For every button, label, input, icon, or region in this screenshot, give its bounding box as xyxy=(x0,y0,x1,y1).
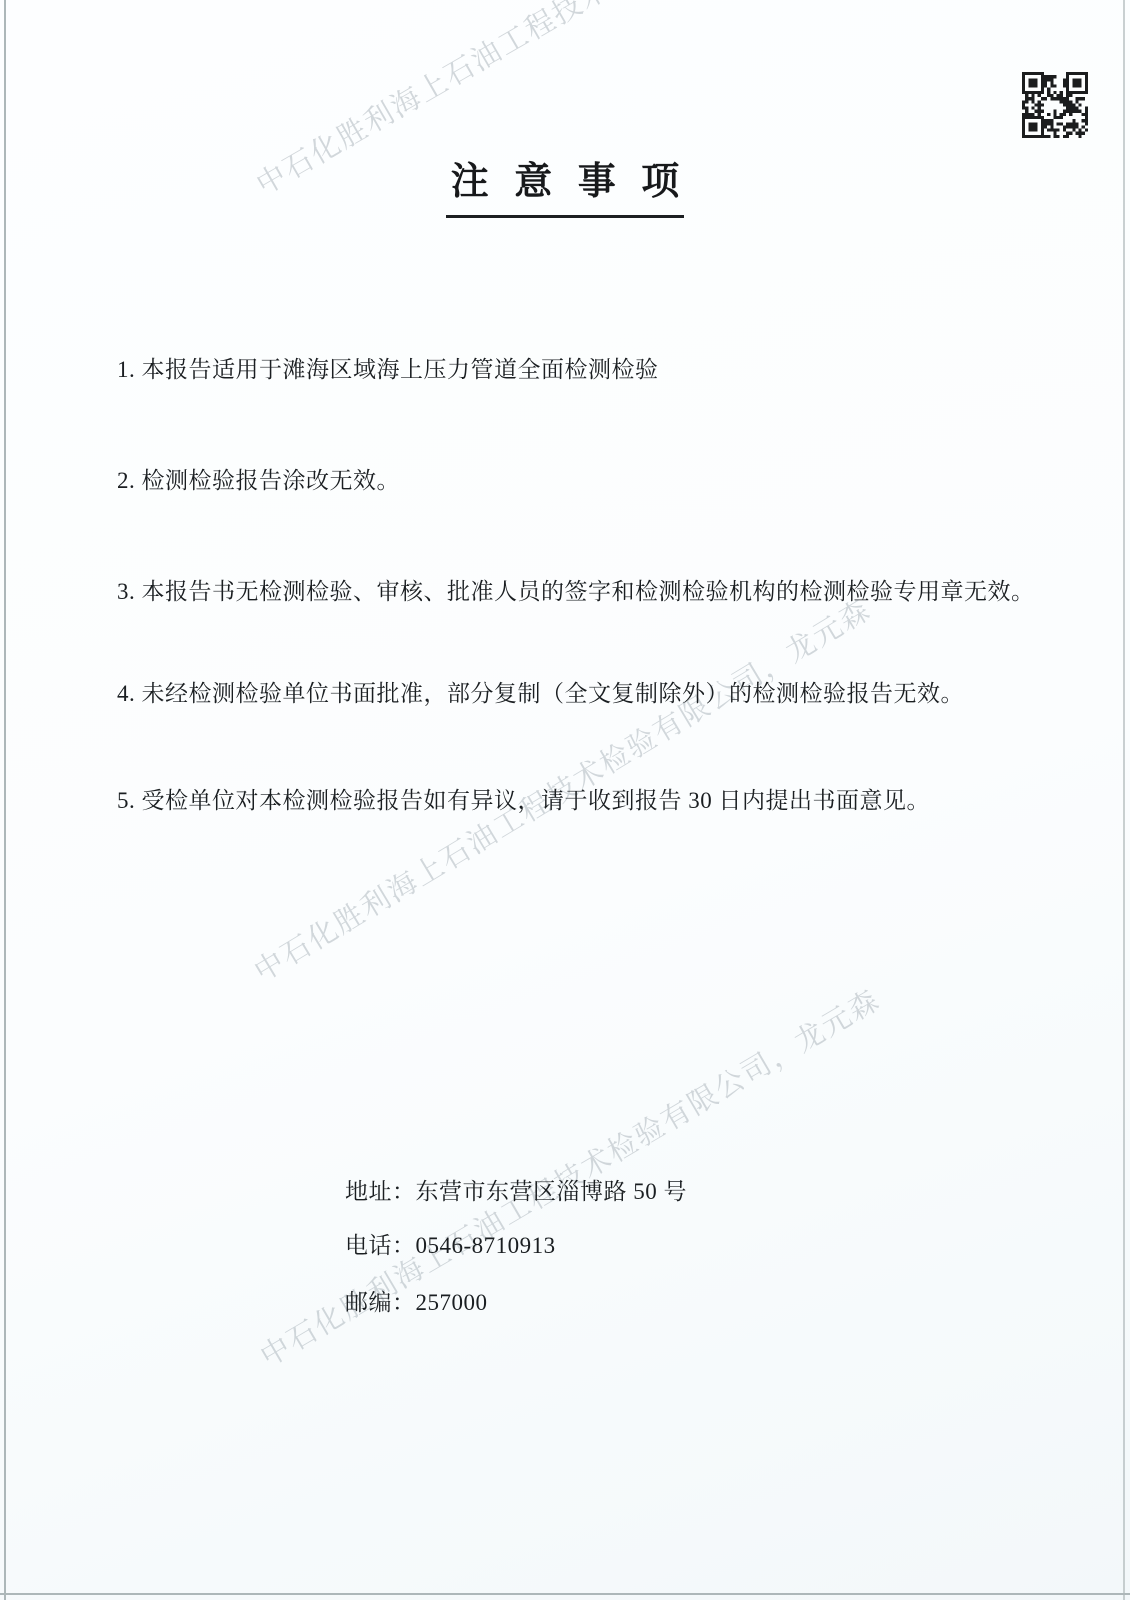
page-edge-right xyxy=(1123,0,1125,1600)
note-item-4: 4. 未经检测检验单位书面批准，部分复制（全文复制除外）的检测检验报告无效。 xyxy=(117,679,964,709)
page-title: 注 意 事 项 xyxy=(0,150,1130,218)
note-item-3: 3. 本报告书无检测检验、审核、批准人员的签字和检测检验机构的检测检验专用章无效… xyxy=(117,577,1035,607)
postal-label: 邮编： xyxy=(345,1290,416,1315)
address-value: 东营市东营区淄博路 50 号 xyxy=(416,1179,688,1204)
note-item-1: 1. 本报告适用于滩海区域海上压力管道全面检测检验 xyxy=(117,355,659,385)
note-item-2: 2. 检测检验报告涂改无效。 xyxy=(117,466,400,496)
postal-value: 257000 xyxy=(416,1290,488,1315)
contact-address-line: 地址：东营市东营区淄博路 50 号 xyxy=(345,1177,687,1207)
page-title-text: 注 意 事 项 xyxy=(446,150,685,218)
phone-label: 电话： xyxy=(345,1233,416,1258)
contact-phone-line: 电话：0546-8710913 xyxy=(345,1231,556,1261)
qr-code-icon xyxy=(1022,72,1088,138)
phone-value: 0546-8710913 xyxy=(416,1233,556,1258)
note-item-5: 5. 受检单位对本检测检验报告如有异议，请于收到报告 30 日内提出书面意见。 xyxy=(117,786,930,816)
page-edge-bottom xyxy=(0,1593,1130,1595)
document-page: 中石化胜利海上石油工程技术检验有限公司，龙元森 中石化胜利海上石油工程技术检验有… xyxy=(0,0,1130,1600)
address-label: 地址： xyxy=(345,1179,416,1204)
contact-postal-line: 邮编：257000 xyxy=(345,1288,488,1318)
page-edge-left xyxy=(4,0,6,1600)
